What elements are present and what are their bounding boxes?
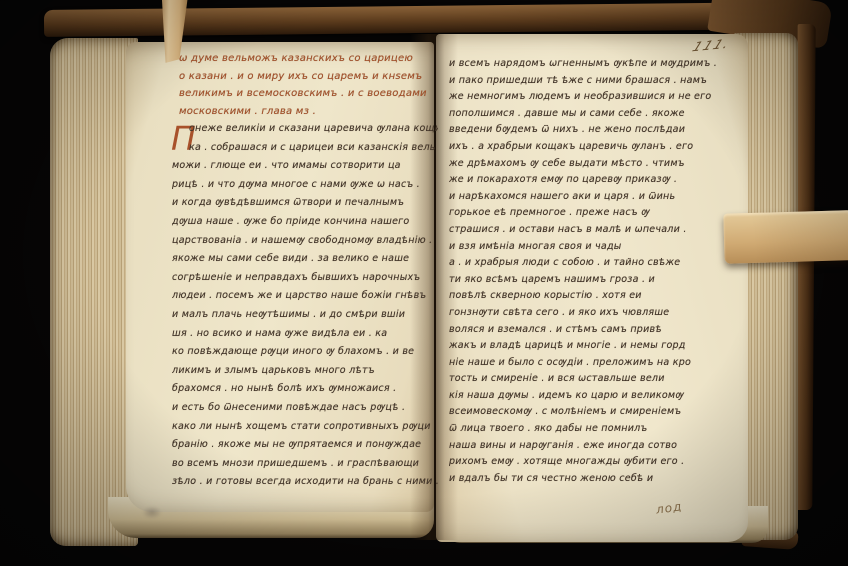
text-line: же дрѣмахомъ ѹ себе выдати мѣсто . чтимъ	[449, 156, 729, 173]
text-line: всеимовескомѹ . с молѣніемъ и смиреніемъ	[449, 404, 729, 421]
text-line: онеже великіи и сказани царевича ѹлана к…	[172, 120, 438, 139]
text-line: ѡ думе вельможъ казанскихъ со царицею	[179, 50, 435, 68]
text-line: воляся и вземался . и стѣмъ самъ привѣ	[449, 322, 729, 339]
text-line: како ли нынѣ хощемъ стати сопротивныхъ р…	[172, 418, 438, 437]
text-line: ихъ . а храбрыи кощакъ царевичь ѹланъ . …	[449, 139, 729, 156]
text-line: якоже мы сами себе види . за велико е на…	[172, 250, 438, 269]
text-line: а . и храбрыя люди с собою . и тайно свѣ…	[449, 255, 729, 272]
text-line: дѹша наше . ѹже бо пріиде кончина нашего	[172, 213, 438, 232]
text-line: ка . собрашася и с царицеи вси казанскія…	[172, 139, 438, 158]
left-page-text: онеже великіи и сказани царевича ѹлана к…	[172, 120, 438, 492]
text-line: жакъ и владѣ царицѣ и многіе . и немы го…	[449, 338, 729, 355]
text-line: зѣло . и готовы всегда исходити на брань…	[172, 473, 438, 492]
chapter-heading-red: ѡ думе вельможъ казанскихъ со царицеюо к…	[179, 50, 435, 120]
text-line: царствованіа . и нашемѹ свободномѹ владѣ…	[172, 232, 438, 251]
text-line: наша вины и нарѹганія . еже иногда сотво	[449, 438, 729, 455]
text-line: шя . но всико и нама ѹже видѣла еи . ка	[172, 325, 438, 344]
text-line: страшися . и остави насъ в малѣ и ѡпечал…	[449, 222, 729, 239]
text-line: и когда ѹвѣдѣвшимся ѿтвори и печалнымъ	[172, 194, 438, 213]
text-line: повѣлѣ скверною корыстію . хотя еи	[449, 288, 729, 305]
manuscript-photo: ѡ думе вельможъ казанскихъ со царицеюо к…	[0, 0, 848, 566]
text-line: во всемъ мнози пришедшемъ . и граспѣвающ…	[172, 455, 438, 474]
text-line: и вдалъ бы ти ся честно женою себѣ и	[449, 471, 729, 488]
text-line: кія наша дѹмы . идемъ ко царю и великомѹ	[449, 388, 729, 405]
text-line: ніе наше и было с осѹдіи . преложимъ на …	[449, 355, 729, 372]
text-line: великимъ и всемосковскимъ . и с воеводам…	[179, 85, 435, 103]
text-line: можи . глюще еи . что имамы сотворити ца	[172, 157, 438, 176]
text-line: о казани . и о миру ихъ со царемъ и кнѕе…	[179, 68, 435, 86]
text-line: и пако пришедши тѣ ѣже с ними брашася . …	[449, 73, 729, 90]
text-line: рицѣ . и что дѹма многое с нами ѹже ѡ на…	[172, 176, 438, 195]
text-line: бранію . якоже мы не ѹпрятаемся и понѹжд…	[172, 436, 438, 455]
text-line: людеи . посемъ же и царство наше божіи г…	[172, 287, 438, 306]
text-line: рихомъ емѹ . хотяще многажды ѹбити его .	[449, 454, 729, 471]
text-line: ко повѣждающе рѹци иного ѹ блахомъ . и в…	[172, 343, 438, 362]
text-line: пополшимся . давше мы и сами себе . якож…	[449, 106, 729, 123]
ink-smudge	[142, 506, 162, 519]
text-line: тость и смиреніе . и вся ѡставльше вели	[449, 371, 729, 388]
right-page-text: и всемъ нарядомъ ѡгненнымъ ѹкѣпе и мѹдри…	[449, 56, 729, 487]
text-line: ти яко всѣмъ царемъ нашимъ гроза . и	[449, 272, 729, 289]
text-line: ѿ лица твоего . яко дабы не помнилъ	[449, 421, 729, 438]
text-line: брахомся . но нынѣ болѣ ихъ ѹмножаися .	[172, 380, 438, 399]
left-page-stack-edge	[50, 38, 138, 546]
text-line: введени бѹдемъ ѿ нихъ . не жено послѣдаи	[449, 122, 729, 139]
book-cover-top-edge	[44, 2, 792, 37]
bookmark-tab-right	[723, 210, 848, 263]
text-line: и малъ плачь неѹтѣшимы . и до смѣри вшіи	[172, 306, 438, 325]
text-line: московскими . глава мз .	[179, 103, 435, 121]
text-line: же и покарахотя емѹ по царевѹ приказѹ .	[449, 172, 729, 189]
text-line: и всемъ нарядомъ ѡгненнымъ ѹкѣпе и мѹдри…	[449, 56, 729, 73]
text-line: и нарѣкахомся нашего аки и царя . и ѿинь	[449, 189, 729, 206]
text-line: гонзнѹти свѣта сего . и яко ихъ чювляше	[449, 305, 729, 322]
text-line: горькое еѣ премногое . преже насъ ѹ	[449, 205, 729, 222]
text-line: и есть бо ѿнесеними повѣждае насъ рѹцѣ .	[172, 399, 438, 418]
text-line: согрѣшеніе и неправдахъ бывшихъ нарочных…	[172, 269, 438, 288]
text-line: же немногимъ людемъ и необразившися и не…	[449, 89, 729, 106]
text-line: и взя имѣніа многая своя и чады	[449, 239, 729, 256]
text-line: ликимъ и злымъ царьковъ много лѣтъ	[172, 362, 438, 381]
